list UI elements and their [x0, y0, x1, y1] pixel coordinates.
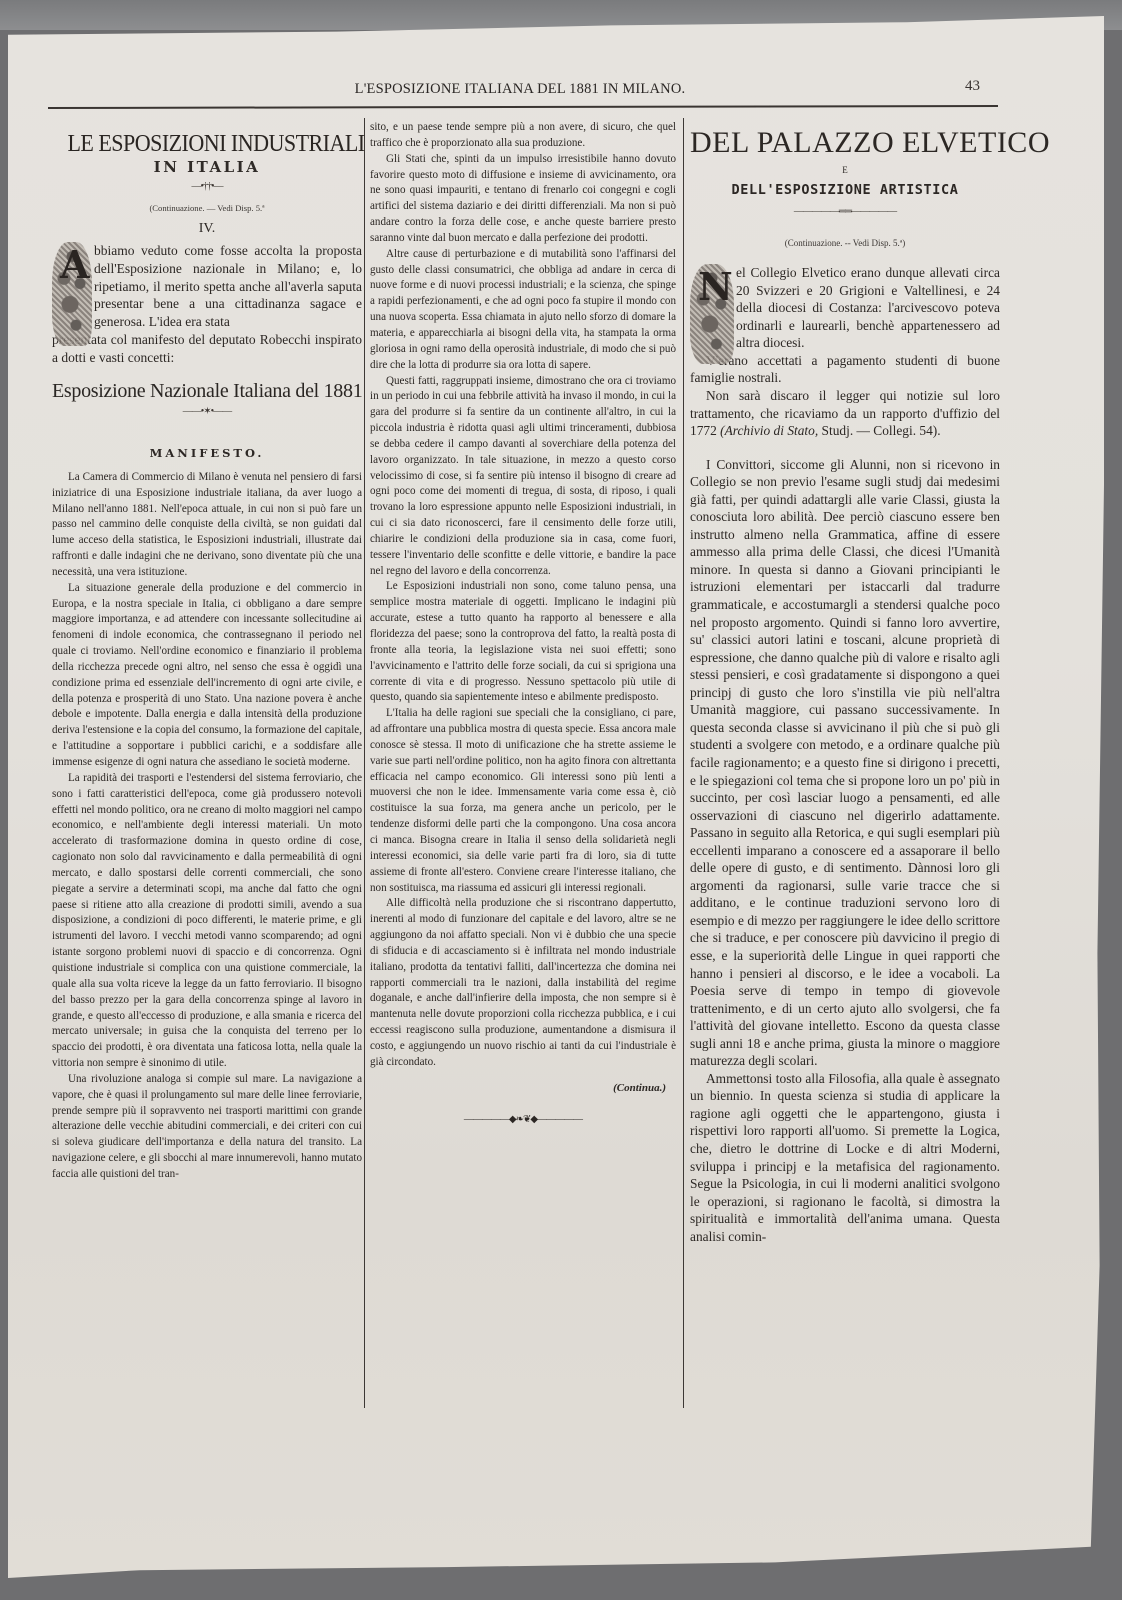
exhibition-caption: Esposizione Nazionale Italiana del 1881 [52, 384, 362, 400]
intro-continuation: presentata col manifesto del deputato Ro… [52, 331, 362, 366]
column-left: LE ESPOSIZIONI INDUSTRIALI IN ITALIA —•†… [52, 120, 362, 1183]
article-title: DEL PALAZZO ELVETICO [690, 126, 1000, 160]
column-divider-1 [364, 118, 365, 1408]
caption-ornament: ——•✶•—— [52, 404, 362, 420]
column-right: DEL PALAZZO ELVETICO E DELL'ESPOSIZIONE … [690, 120, 1000, 1245]
continuation-note: (Continuazione. — Vedi Disp. 5.ª [52, 201, 362, 217]
running-header: L'ESPOSIZIONE ITALIANA DEL 1881 IN MILAN… [40, 78, 1000, 102]
page-number: 43 [965, 78, 980, 95]
continued-note: (Continua.) [370, 1081, 676, 1097]
body-paragraph: Ammettonsi tosto alla Filosofia, alla qu… [690, 1070, 1000, 1245]
body-paragraph: sito, e un paese tende sempre più a non … [370, 120, 676, 152]
body-paragraph: Questi fatti, raggruppati insieme, dimos… [370, 374, 676, 580]
body-paragraph: Le Esposizioni industriali non sono, com… [370, 579, 676, 706]
intro-text: bbiamo veduto come fosse accolta la prop… [94, 243, 362, 329]
running-title: L'ESPOSIZIONE ITALIANA DEL 1881 IN MILAN… [40, 81, 1000, 98]
manifesto-heading: MANIFESTO. [52, 446, 362, 462]
body-paragraph: La Camera di Commercio di Milano è venut… [52, 470, 362, 581]
dropcap-letter: A [60, 256, 89, 274]
column-divider-2 [683, 118, 684, 1408]
body-text: Studj. — Collegi. 54). [818, 423, 940, 438]
archive-citation: (Archivio di Stato, [720, 423, 818, 438]
body-paragraph: I Convittori, siccome gli Alunni, non si… [690, 456, 1000, 1070]
section-number: IV. [52, 221, 362, 237]
article-title: LE ESPOSIZIONI INDUSTRIALI [68, 130, 347, 158]
body-paragraph: L'Italia ha delle ragioni sue speciali c… [370, 706, 676, 896]
body-paragraph: Non sarà discaro il legger qui notizie s… [690, 387, 1000, 440]
article-conjunction: E [690, 162, 1000, 180]
ornament-divider: —•††•— [52, 179, 362, 195]
body-paragraph: V'erano accettati a pagamento studenti d… [690, 352, 1000, 387]
dropcap-letter: N [698, 278, 733, 296]
intro-paragraph: A bbiamo veduto come fosse accolta la pr… [52, 242, 362, 331]
body-paragraph: Gli Stati che, spinti da un impulso irre… [370, 152, 676, 247]
ornament-divider: —————══————— [690, 203, 1000, 221]
body-paragraph: La rapidità dei trasporti e l'estendersi… [52, 771, 362, 1072]
continuation-note: (Continuazione. -- Vedi Disp. 5.ª) [690, 235, 1000, 253]
body-paragraph: Una rivoluzione analoga si compie sul ma… [52, 1072, 362, 1183]
body-paragraph: La situazione generale della produzione … [52, 581, 362, 771]
article-subtitle: DELL'ESPOSIZIONE ARTISTICA [690, 182, 1000, 200]
article-subtitle: IN ITALIA [52, 160, 362, 176]
column-middle: sito, e un paese tende sempre più a non … [370, 120, 676, 1128]
end-ornament: —————◆❧❦◆————— [370, 1112, 676, 1128]
intro-text: el Collegio Elvetico erano dunque alleva… [736, 265, 1000, 350]
body-paragraph: Alle difficoltà nella produzione che si … [370, 896, 676, 1070]
body-paragraph: Altre cause di perturbazione e di mutabi… [370, 247, 676, 374]
intro-paragraph: N el Collegio Elvetico erano dunque alle… [690, 264, 1000, 352]
